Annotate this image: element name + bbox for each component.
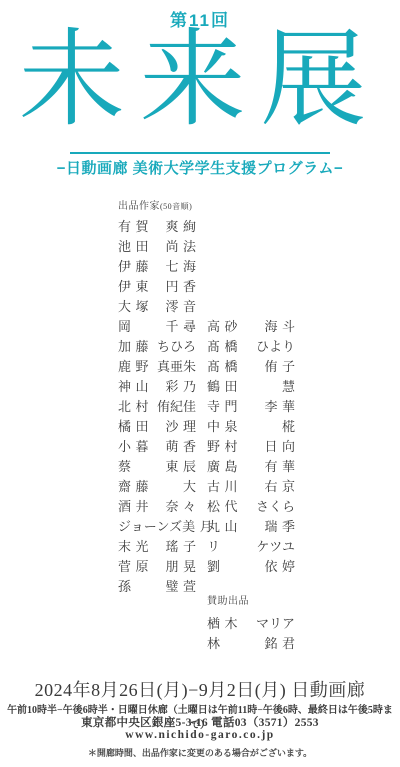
exhibition-title: 未来展 [0,16,400,145]
given-name: 千尋 [165,316,200,335]
artist-name-row: 中泉椛 [207,415,295,435]
artist-name-row: 鶴田慧 [207,375,295,395]
given-name: 有華 [264,456,299,475]
artist-name-row: 伊東円香 [118,275,196,295]
exhibition-poster: 第11回 未来展 −日動画廊 美術大学学生支援プログラム− 出品作家(50音順)… [0,0,400,767]
artist-name-row: 古川右京 [207,475,295,495]
artist-name-row: 寺門李華 [207,395,295,415]
given-name: 慧 [282,376,300,395]
exhibitors-heading-note: (50音順) [160,202,192,211]
artist-name-row: 神山彩乃 [118,375,196,395]
artist-name-row: 廣島有華 [207,455,295,475]
subtitle: −日動画廊 美術大学学生支援プログラム− [0,157,400,178]
artist-name-row: 野村日向 [207,435,295,455]
family-name: リ [207,536,225,555]
family-name: 中泉 [207,416,242,435]
title-divider [70,152,330,154]
artist-name-row: 楢木マリア [207,612,295,632]
artist-name-row: 大塚澪音 [118,295,196,315]
family-name: 鶴田 [207,376,242,395]
given-name: 東辰 [165,456,200,475]
given-name: 右京 [264,476,299,495]
family-name: 神山 [118,376,153,395]
given-name: 沙理 [165,416,200,435]
artist-name-row: 丸山瑞季 [207,515,295,535]
artist-name-row: 齋藤大 [118,475,196,495]
family-name: 伊東 [118,276,153,295]
family-name: 岡 [118,316,136,335]
family-name: 小暮 [118,436,153,455]
exhibitors-right-column: 高砂海斗髙橋ひより髙橋侑子鶴田慧寺門李華中泉椛野村日向廣島有華古川右京松代さくら… [207,315,295,575]
given-name: 萌香 [165,436,200,455]
artist-name-row: 髙橋ひより [207,335,295,355]
given-name: 爽絢 [165,216,200,235]
given-name: 依婷 [264,556,299,575]
given-name: 瑤子 [165,536,200,555]
artist-name-row: 劉依婷 [207,555,295,575]
artist-name-row: 伊藤七海 [118,255,196,275]
family-name: 伊藤 [118,256,153,275]
family-name: 丸山 [207,516,242,535]
given-name: 李華 [264,396,299,415]
artist-name-row: 池田尚法 [118,235,196,255]
given-name: 日向 [264,436,299,455]
family-name: 大塚 [118,296,153,315]
given-name: 朋晃 [165,556,200,575]
given-name: 彩乃 [165,376,200,395]
given-name: 真亜朱 [157,356,196,375]
artist-name-row: 酒井奈々 [118,495,196,515]
artist-name-row: 有賀爽絢 [118,215,196,235]
family-name: 髙橋 [207,356,242,375]
family-name: 菅原 [118,556,153,575]
family-name: 楢木 [207,613,242,632]
disclaimer-note: ＊開廊時間、出品作家に変更のある場合がございます。 [0,746,400,759]
given-name: ちひろ [157,336,196,355]
artist-name-row: 髙橋侑子 [207,355,295,375]
given-name: 椛 [282,416,300,435]
family-name: 古川 [207,476,242,495]
address-line: 東京都中央区銀座5-3-16 電話03（3571）2553 [0,714,400,730]
family-name: 松代 [207,496,242,515]
family-name: 加藤 [118,336,153,355]
family-name: 野村 [207,436,242,455]
family-name: 髙橋 [207,336,242,355]
supporting-section: 賛助出品 楢木マリア林銘君 [207,592,295,652]
family-name: 池田 [118,236,153,255]
exhibitors-heading-text: 出品作家 [118,201,160,212]
artist-name-row: 岡千尋 [118,315,196,335]
given-name: 澪音 [165,296,200,315]
family-name: 鹿野 [118,356,153,375]
artist-name-row: 松代さくら [207,495,295,515]
family-name: 林 [207,633,225,652]
artist-name-row: 菅原朋晃 [118,555,196,575]
family-name: 北村 [118,396,153,415]
artist-name-row: 末光瑤子 [118,535,196,555]
given-name: 璧萱 [165,576,200,595]
exhibitors-heading: 出品作家(50音順) [118,197,192,212]
artist-name-row: 鹿野真亜朱 [118,355,196,375]
family-name: 孫 [118,576,136,595]
artist-name-row: 高砂海斗 [207,315,295,335]
family-name: 劉 [207,556,225,575]
family-name: 有賀 [118,216,153,235]
given-name: 銘君 [264,633,299,652]
artist-name-row: 加藤ちひろ [118,335,196,355]
given-name: 尚法 [165,236,200,255]
given-name: ケツユ [256,536,295,555]
family-name: 廣島 [207,456,242,475]
given-name: 侑子 [264,356,299,375]
given-name: 円香 [165,276,200,295]
supporting-names: 楢木マリア林銘君 [207,612,295,652]
exhibitors-left-column: 有賀爽絢池田尚法伊藤七海伊東円香大塚澪音岡千尋加藤ちひろ鹿野真亜朱神山彩乃北村侑… [118,215,196,595]
artist-name-row: ジョーンズ美月 [118,515,196,535]
given-name: 七海 [165,256,200,275]
family-name: 齋藤 [118,476,153,495]
family-name: 蔡 [118,456,136,475]
family-name: 寺門 [207,396,242,415]
given-name: 奈々 [165,496,200,515]
family-name: ジョーンズ [118,516,182,535]
website-url: www.nichido-garo.co.jp [0,729,400,741]
artist-name-row: リケツユ [207,535,295,555]
given-name: 大 [183,476,201,495]
supporting-heading: 賛助出品 [207,592,295,607]
given-name: 瑞季 [264,516,299,535]
artist-name-row: 林銘君 [207,632,295,652]
given-name: ひより [256,336,295,355]
family-name: 橘田 [118,416,153,435]
artist-name-row: 小暮萌香 [118,435,196,455]
date-venue-line: 2024年8月26日(月)−9月2日(月) 日動画廊 [0,676,400,702]
given-name: さくら [256,496,295,515]
family-name: 酒井 [118,496,153,515]
given-name: 侑紀佳 [157,396,196,415]
artist-name-row: 孫璧萱 [118,575,196,595]
family-name: 高砂 [207,316,242,335]
artist-name-row: 橘田沙理 [118,415,196,435]
given-name: 海斗 [264,316,299,335]
artist-name-row: 北村侑紀佳 [118,395,196,415]
artist-name-row: 蔡東辰 [118,455,196,475]
family-name: 末光 [118,536,153,555]
given-name: マリア [256,613,295,632]
